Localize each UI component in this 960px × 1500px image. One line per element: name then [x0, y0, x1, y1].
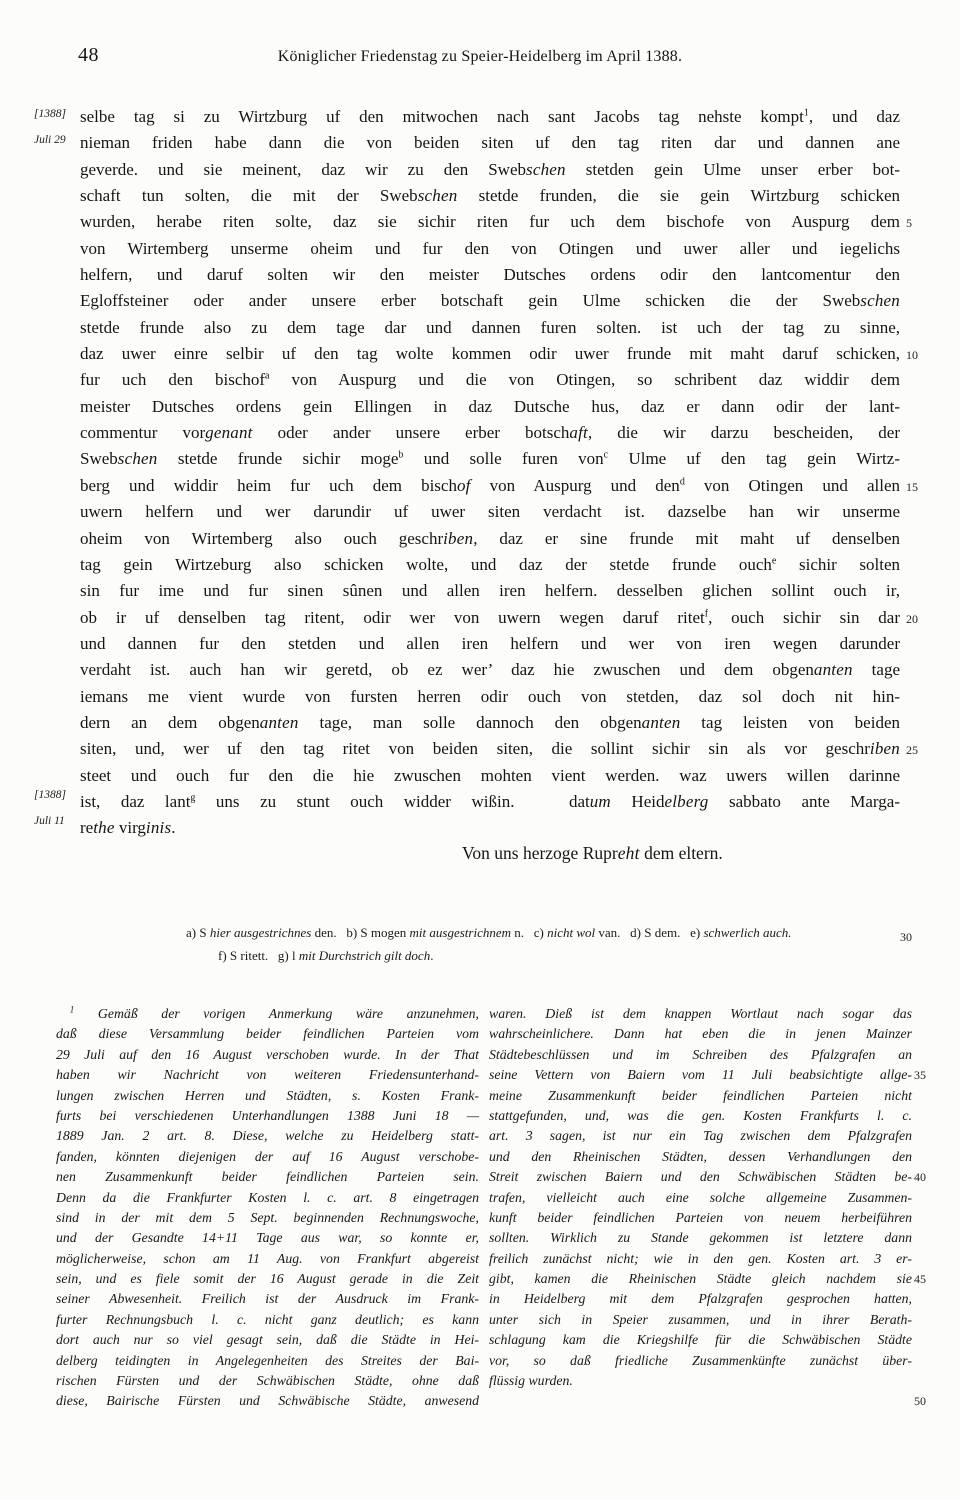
footnote-line-content: 1889 Jan. 2 art. 8. Diese, welche zu Hei…: [56, 1128, 479, 1143]
footnote-line-content: gibt, kamen die Rheinischen Städte gleic…: [489, 1271, 912, 1286]
footnote-line: und der Gesandte 14+11 Tage aus war, so …: [56, 1228, 479, 1248]
margin-date-note: [1388]Juli 11: [34, 782, 80, 835]
line-number: 40: [914, 1167, 948, 1187]
line-number: 25: [906, 737, 940, 763]
text-line: von Wirtemberg unserme oheim und fur den…: [80, 236, 900, 262]
running-header-title: Königlicher Friedenstag zu Speier-Heidel…: [0, 48, 960, 66]
footnote-line: fanden, könnten diejenigen der auf 16 Au…: [56, 1147, 479, 1167]
footnote-line: meine Zusammenkunft beider feindlichen P…: [489, 1086, 912, 1106]
text-line-content: helfern, und daruf solten wir den meiste…: [80, 265, 900, 284]
text-line-content: berg und widdir heim fur uch dem bischof…: [80, 476, 900, 495]
footnote-line: sein, und es fiele somit der 16 August g…: [56, 1269, 479, 1289]
text-line-content: ist, daz lantg uns zu stunt ouch widder …: [80, 792, 900, 811]
text-line-content: uwern helfern und wer darundir uf uwer s…: [80, 502, 900, 521]
footnote-line: Städtebeschlüssen und im Schreiben des P…: [489, 1045, 912, 1065]
margin-note-line: [1388]: [34, 101, 80, 127]
line-number: 10: [906, 342, 940, 368]
text-line: selbe tag si zu Wirtzburg uf den mitwoch…: [80, 104, 900, 130]
footnote-line: 1889 Jan. 2 art. 8. Diese, welche zu Hei…: [56, 1126, 479, 1146]
footnote-line: unter sich in Speier zusammen, und in ih…: [489, 1310, 912, 1330]
text-line: rethe virginis.: [80, 815, 900, 841]
line-number: 30: [900, 930, 912, 945]
footnote-line-content: schlagung kam die Kriegshilfe für die Sc…: [489, 1332, 912, 1347]
footnote-line-content: furter Rechnungsbuch l. c. nicht ganz de…: [56, 1312, 479, 1327]
footnote-line: lungen zwischen Herren und Städten, s. K…: [56, 1086, 479, 1106]
footnote-line: kunft beider feindlichen Parteien von ne…: [489, 1208, 912, 1228]
footnote-line-content: Denn da die Frankfurter Kosten l. c. art…: [56, 1190, 479, 1205]
footnote-line: dort auch nur so viel gesagt sein, daß d…: [56, 1330, 479, 1350]
footnote-line: wahrscheinlichere. Dann hat eben die in …: [489, 1024, 912, 1044]
text-line: oheim von Wirtemberg also ouch geschribe…: [80, 526, 900, 552]
text-line: sin fur ime und fur sinen sûnen und alle…: [80, 578, 900, 604]
footnote-line-content: seiner Abwesenheit. Freilich ist der Aus…: [56, 1291, 479, 1306]
line-number: 50: [914, 1391, 948, 1411]
footnote-line: diese, Bairische Fürsten und Schwäbische…: [56, 1391, 479, 1411]
footnote-line-content: waren. Dieß ist dem knappen Wortlaut nac…: [489, 1006, 912, 1021]
signature-line: Von uns herzoge Rupreht dem eltern.: [462, 843, 723, 864]
footnote-line: schlagung kam die Kriegshilfe für die Sc…: [489, 1330, 912, 1350]
footnote-line: nen Zusammenkunft beider feindlichen Par…: [56, 1167, 479, 1187]
footnote-line-content: 1 Gemäß der vorigen Anmerkung wäre anzun…: [56, 1006, 479, 1021]
text-line: Egloffsteiner oder ander unsere erber bo…: [80, 288, 900, 314]
footnote-line-content: Städtebeschlüssen und im Schreiben des P…: [489, 1047, 912, 1062]
text-line-content: siten, und, wer uf den tag ritet von bei…: [80, 739, 900, 758]
footnote-line: in Heidelberg mit dem Pfalzgrafen gespro…: [489, 1289, 912, 1309]
footnote-line: stattgefunden, und, was die gen. Kosten …: [489, 1106, 912, 1126]
text-line-content: tag gein Wirtzeburg also schicken wolte,…: [80, 555, 900, 574]
text-line: daz uwer einre selbir uf den tag wolte k…: [80, 341, 900, 367]
footnote-column-left: 1 Gemäß der vorigen Anmerkung wäre anzun…: [56, 1004, 479, 1412]
text-line-content: dern an dem obgenanten tage, man solle d…: [80, 713, 900, 732]
text-line-content: daz uwer einre selbir uf den tag wolte k…: [80, 344, 900, 363]
text-line-content: geverde. und sie meinent, daz wir zu den…: [80, 160, 900, 179]
text-line-content: sin fur ime und fur sinen sûnen und alle…: [80, 581, 900, 600]
text-line: fur uch den bischofa von Auspurg und die…: [80, 367, 900, 393]
text-line: stetde frunde also zu dem tage dar und d…: [80, 315, 900, 341]
margin-note-line: Juli 29: [34, 127, 80, 153]
footnote-line-content: diese, Bairische Fürsten und Schwäbische…: [56, 1393, 479, 1408]
text-line: commentur vorgenant oder ander unsere er…: [80, 420, 900, 446]
footnote-section: 1 Gemäß der vorigen Anmerkung wäre anzun…: [56, 1004, 912, 1412]
footnote-line-content: unter sich in Speier zusammen, und in ih…: [489, 1312, 912, 1327]
footnote-line-content: und den Rheinischen Städten, dessen Verh…: [489, 1149, 912, 1164]
line-number: 45: [914, 1269, 948, 1289]
text-line: wurden, herabe riten solte, daz sie sich…: [80, 209, 900, 235]
footnote-line-content: flüssig wurden.: [489, 1373, 573, 1388]
footnote-line-content: freilich zunächst nicht; wie in den gen.…: [489, 1251, 912, 1266]
text-line-content: meister Dutsches ordens gein Ellingen in…: [80, 397, 900, 416]
text-line: uwern helfern und wer darundir uf uwer s…: [80, 499, 900, 525]
footnote-line-content: 29 Juli auf den 16 August verschoben wur…: [56, 1047, 479, 1062]
footnote-line: daß diese Versammlung beider feindlichen…: [56, 1024, 479, 1044]
text-line-content: wurden, herabe riten solte, daz sie sich…: [80, 212, 900, 231]
footnote-line-content: rischen Fürsten und der Schwäbischen Stä…: [56, 1373, 479, 1388]
text-line-content: von Wirtemberg unserme oheim und fur den…: [80, 239, 900, 258]
line-number: 20: [906, 606, 940, 632]
line-number: 5: [906, 210, 940, 236]
footnote-line-content: in Heidelberg mit dem Pfalzgrafen gespro…: [489, 1291, 912, 1306]
text-line-content: stetde frunde also zu dem tage dar und d…: [80, 318, 900, 337]
margin-note-line: Juli 11: [34, 808, 80, 834]
footnote-line-content: wahrscheinlichere. Dann hat eben die in …: [489, 1026, 912, 1041]
footnote-line-content: lungen zwischen Herren und Städten, s. K…: [56, 1088, 479, 1103]
text-line: nieman friden habe dann die von beiden s…: [80, 130, 900, 156]
footnote-line: furts bei verschiedenen Unterhandlungen …: [56, 1106, 479, 1126]
text-line-content: commentur vorgenant oder ander unsere er…: [80, 423, 900, 442]
text-line-content: Egloffsteiner oder ander unsere erber bo…: [80, 291, 900, 310]
text-line-content: Swebschen stetde frunde sichir mogeb und…: [80, 449, 900, 468]
text-line: steet und ouch fur den die hie zwuschen …: [80, 763, 900, 789]
footnote-line-content: dort auch nur so viel gesagt sein, daß d…: [56, 1332, 479, 1347]
text-line: tag gein Wirtzeburg also schicken wolte,…: [80, 552, 900, 578]
text-line-content: iemans me vient wurde von fursten herren…: [80, 687, 900, 706]
text-line-content: ob ir uf denselben tag ritent, odir wer …: [80, 608, 900, 627]
footnote-line-content: meine Zusammenkunft beider feindlichen P…: [489, 1088, 912, 1103]
text-line: geverde. und sie meinent, daz wir zu den…: [80, 157, 900, 183]
footnote-line: art. 3 sagen, ist nur ein Tag zwischen d…: [489, 1126, 912, 1146]
footnote-line-content: sind in der mit dem 5 Sept. beginnenden …: [56, 1210, 479, 1225]
text-line: berg und widdir heim fur uch dem bischof…: [80, 473, 900, 499]
footnote-line: sollten. Wirklich zu Stande gekommen ist…: [489, 1228, 912, 1248]
apparatus-line: a) S hier ausgestrichnes den. b) S mogen…: [186, 921, 910, 944]
footnote-line: 1 Gemäß der vorigen Anmerkung wäre anzun…: [56, 1004, 479, 1024]
text-line-content: verdaht ist. auch han wir geretd, ob ez …: [80, 660, 900, 679]
footnote-line-content: furts bei verschiedenen Unterhandlungen …: [56, 1108, 479, 1123]
main-text-block: selbe tag si zu Wirtzburg uf den mitwoch…: [80, 104, 900, 842]
footnote-line: und den Rheinischen Städten, dessen Verh…: [489, 1147, 912, 1167]
footnote-line: möglicherweise, schon am 11 Aug. von Fra…: [56, 1249, 479, 1269]
footnote-line: waren. Dieß ist dem knappen Wortlaut nac…: [489, 1004, 912, 1024]
footnote-line-content: stattgefunden, und, was die gen. Kosten …: [489, 1108, 912, 1123]
footnote-line-content: nen Zusammenkunft beider feindlichen Par…: [56, 1169, 479, 1184]
footnote-line: Streit zwischen Baiern und den Schwäbisc…: [489, 1167, 912, 1187]
margin-note-line: [1388]: [34, 782, 80, 808]
text-line-content: fur uch den bischofa von Auspurg und die…: [80, 370, 900, 389]
text-line-content: oheim von Wirtemberg also ouch geschribe…: [80, 529, 900, 548]
text-line-content: und dannen fur den stetden und allen ire…: [80, 634, 900, 653]
footnote-line-content: sein, und es fiele somit der 16 August g…: [56, 1271, 479, 1286]
text-line: siten, und, wer uf den tag ritet von bei…: [80, 736, 900, 762]
footnote-line: freilich zunächst nicht; wie in den gen.…: [489, 1249, 912, 1269]
footnote-line: 50: [489, 1391, 912, 1411]
text-line: ist, daz lantg uns zu stunt ouch widder …: [80, 789, 900, 815]
footnote-line: 29 Juli auf den 16 August verschoben wur…: [56, 1045, 479, 1065]
text-line: und dannen fur den stetden und allen ire…: [80, 631, 900, 657]
footnote-line: Denn da die Frankfurter Kosten l. c. art…: [56, 1188, 479, 1208]
text-line: ob ir uf denselben tag ritent, odir wer …: [80, 605, 900, 631]
book-page: 48 Königlicher Friedenstag zu Speier-Hei…: [0, 0, 960, 1500]
footnote-line: flüssig wurden.: [489, 1371, 912, 1391]
text-line: verdaht ist. auch han wir geretd, ob ez …: [80, 657, 900, 683]
footnote-line-content: möglicherweise, schon am 11 Aug. von Fra…: [56, 1251, 479, 1266]
text-line: helfern, und daruf solten wir den meiste…: [80, 262, 900, 288]
apparatus-criticus: a) S hier ausgestrichnes den. b) S mogen…: [186, 921, 910, 967]
text-line: schaft tun solten, die mit der Swebschen…: [80, 183, 900, 209]
footnote-column-right: waren. Dieß ist dem knappen Wortlaut nac…: [489, 1004, 912, 1412]
margin-date-note: [1388]Juli 29: [34, 101, 80, 154]
text-line: Swebschen stetde frunde sichir mogeb und…: [80, 446, 900, 472]
footnote-line: furter Rechnungsbuch l. c. nicht ganz de…: [56, 1310, 479, 1330]
footnote-line: sind in der mit dem 5 Sept. beginnenden …: [56, 1208, 479, 1228]
footnote-line-content: kunft beider feindlichen Parteien von ne…: [489, 1210, 912, 1225]
footnote-line-content: Streit zwischen Baiern und den Schwäbisc…: [489, 1169, 912, 1184]
text-line-content: schaft tun solten, die mit der Swebschen…: [80, 186, 900, 205]
footnote-line: rischen Fürsten und der Schwäbischen Stä…: [56, 1371, 479, 1391]
footnote-line: seine Vettern von Baiern vom 11 Juli bea…: [489, 1065, 912, 1085]
footnote-line-content: sollten. Wirklich zu Stande gekommen ist…: [489, 1230, 912, 1245]
text-line: iemans me vient wurde von fursten herren…: [80, 684, 900, 710]
footnote-line-content: art. 3 sagen, ist nur ein Tag zwischen d…: [489, 1128, 912, 1143]
footnote-line: trafen, vielleicht auch eine solche allg…: [489, 1188, 912, 1208]
text-line-content: selbe tag si zu Wirtzburg uf den mitwoch…: [80, 107, 900, 126]
footnote-line: haben wir Nachricht von weiteren Frieden…: [56, 1065, 479, 1085]
footnote-line-content: vor, so daß friedliche Zusammenkünfte zu…: [489, 1353, 912, 1368]
footnote-line-content: und der Gesandte 14+11 Tage aus war, so …: [56, 1230, 479, 1245]
footnote-line-content: daß diese Versammlung beider feindlichen…: [56, 1026, 479, 1041]
footnote-line: gibt, kamen die Rheinischen Städte gleic…: [489, 1269, 912, 1289]
text-line-content: steet und ouch fur den die hie zwuschen …: [80, 766, 900, 785]
footnote-line: delberg teidingten in Angelegenheiten de…: [56, 1351, 479, 1371]
text-line-content: nieman friden habe dann die von beiden s…: [80, 133, 900, 152]
line-number: 15: [906, 474, 940, 500]
footnote-line: seiner Abwesenheit. Freilich ist der Aus…: [56, 1289, 479, 1309]
footnote-line-content: trafen, vielleicht auch eine solche allg…: [489, 1190, 912, 1205]
footnote-line-content: fanden, könnten diejenigen der auf 16 Au…: [56, 1149, 479, 1164]
text-line-content: rethe virginis.: [80, 818, 176, 837]
apparatus-line: f) S ritett. g) l mit Durchstrich gilt d…: [218, 944, 910, 967]
footnote-line: vor, so daß friedliche Zusammenkünfte zu…: [489, 1351, 912, 1371]
footnote-line-content: seine Vettern von Baiern vom 11 Juli bea…: [489, 1067, 912, 1082]
footnote-line-content: delberg teidingten in Angelegenheiten de…: [56, 1353, 479, 1368]
footnote-line-content: haben wir Nachricht von weiteren Frieden…: [56, 1067, 479, 1082]
text-line: dern an dem obgenanten tage, man solle d…: [80, 710, 900, 736]
line-number: 35: [914, 1065, 948, 1085]
text-line: meister Dutsches ordens gein Ellingen in…: [80, 394, 900, 420]
